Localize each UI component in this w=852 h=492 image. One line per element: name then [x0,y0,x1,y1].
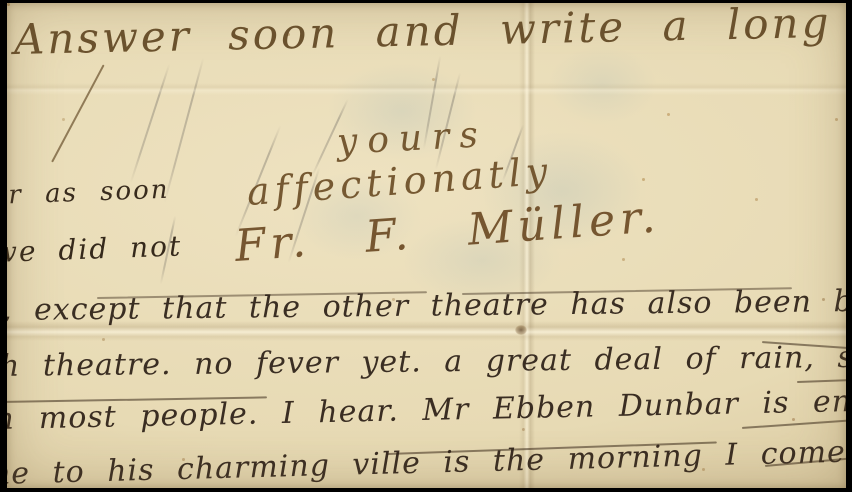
ink-flourish [765,458,846,467]
ink-flourish [97,291,427,299]
letter-body-line-4: ne to his charming ville is the morning … [7,436,846,488]
ink-flourish [51,64,104,162]
pencil-scribble [130,64,171,184]
pencil-scribble [423,56,441,150]
ink-flourish [762,341,846,349]
letter-line-valediction-yours: yours [336,117,489,161]
paper-speckles [7,3,10,6]
fold-damage-spot [515,325,527,335]
photo-background: Answer soon and write a long yours er as… [0,0,852,492]
letter-left-margin-fragment-1: er as soon [7,177,170,209]
vertical-fold-crease [519,3,535,488]
letter-body-line-3: h most people. I hear. Mr Ebben Dunbar i… [7,385,846,435]
letter-body-line-2: th theatre. no fever yet. a great deal o… [7,342,846,382]
ink-show-through-smudge [477,131,647,251]
letter-line-closing-request: Answer soon and write a long [14,3,832,61]
letter-line-valediction-affectionately: affectionatly [246,152,554,211]
ink-show-through-smudge [327,61,477,161]
ink-flourish [7,396,267,403]
horizontal-fold-crease [7,83,846,95]
pencil-scribble [160,216,177,285]
ink-flourish [797,379,846,383]
ink-flourish [387,441,717,455]
letter-left-margin-fragment-2: we did not [7,232,183,267]
pencil-scribble [164,57,205,202]
pencil-scribble [235,125,282,237]
ink-flourish [742,419,846,429]
ink-show-through-smudge [292,171,422,261]
pencil-scribble [288,167,321,263]
horizontal-fold-crease [7,321,846,341]
pencil-scribble [311,99,349,177]
ink-flourish [462,287,792,295]
paper-edge-shading [7,3,846,488]
letter-paper: Answer soon and write a long yours er as… [7,3,846,488]
